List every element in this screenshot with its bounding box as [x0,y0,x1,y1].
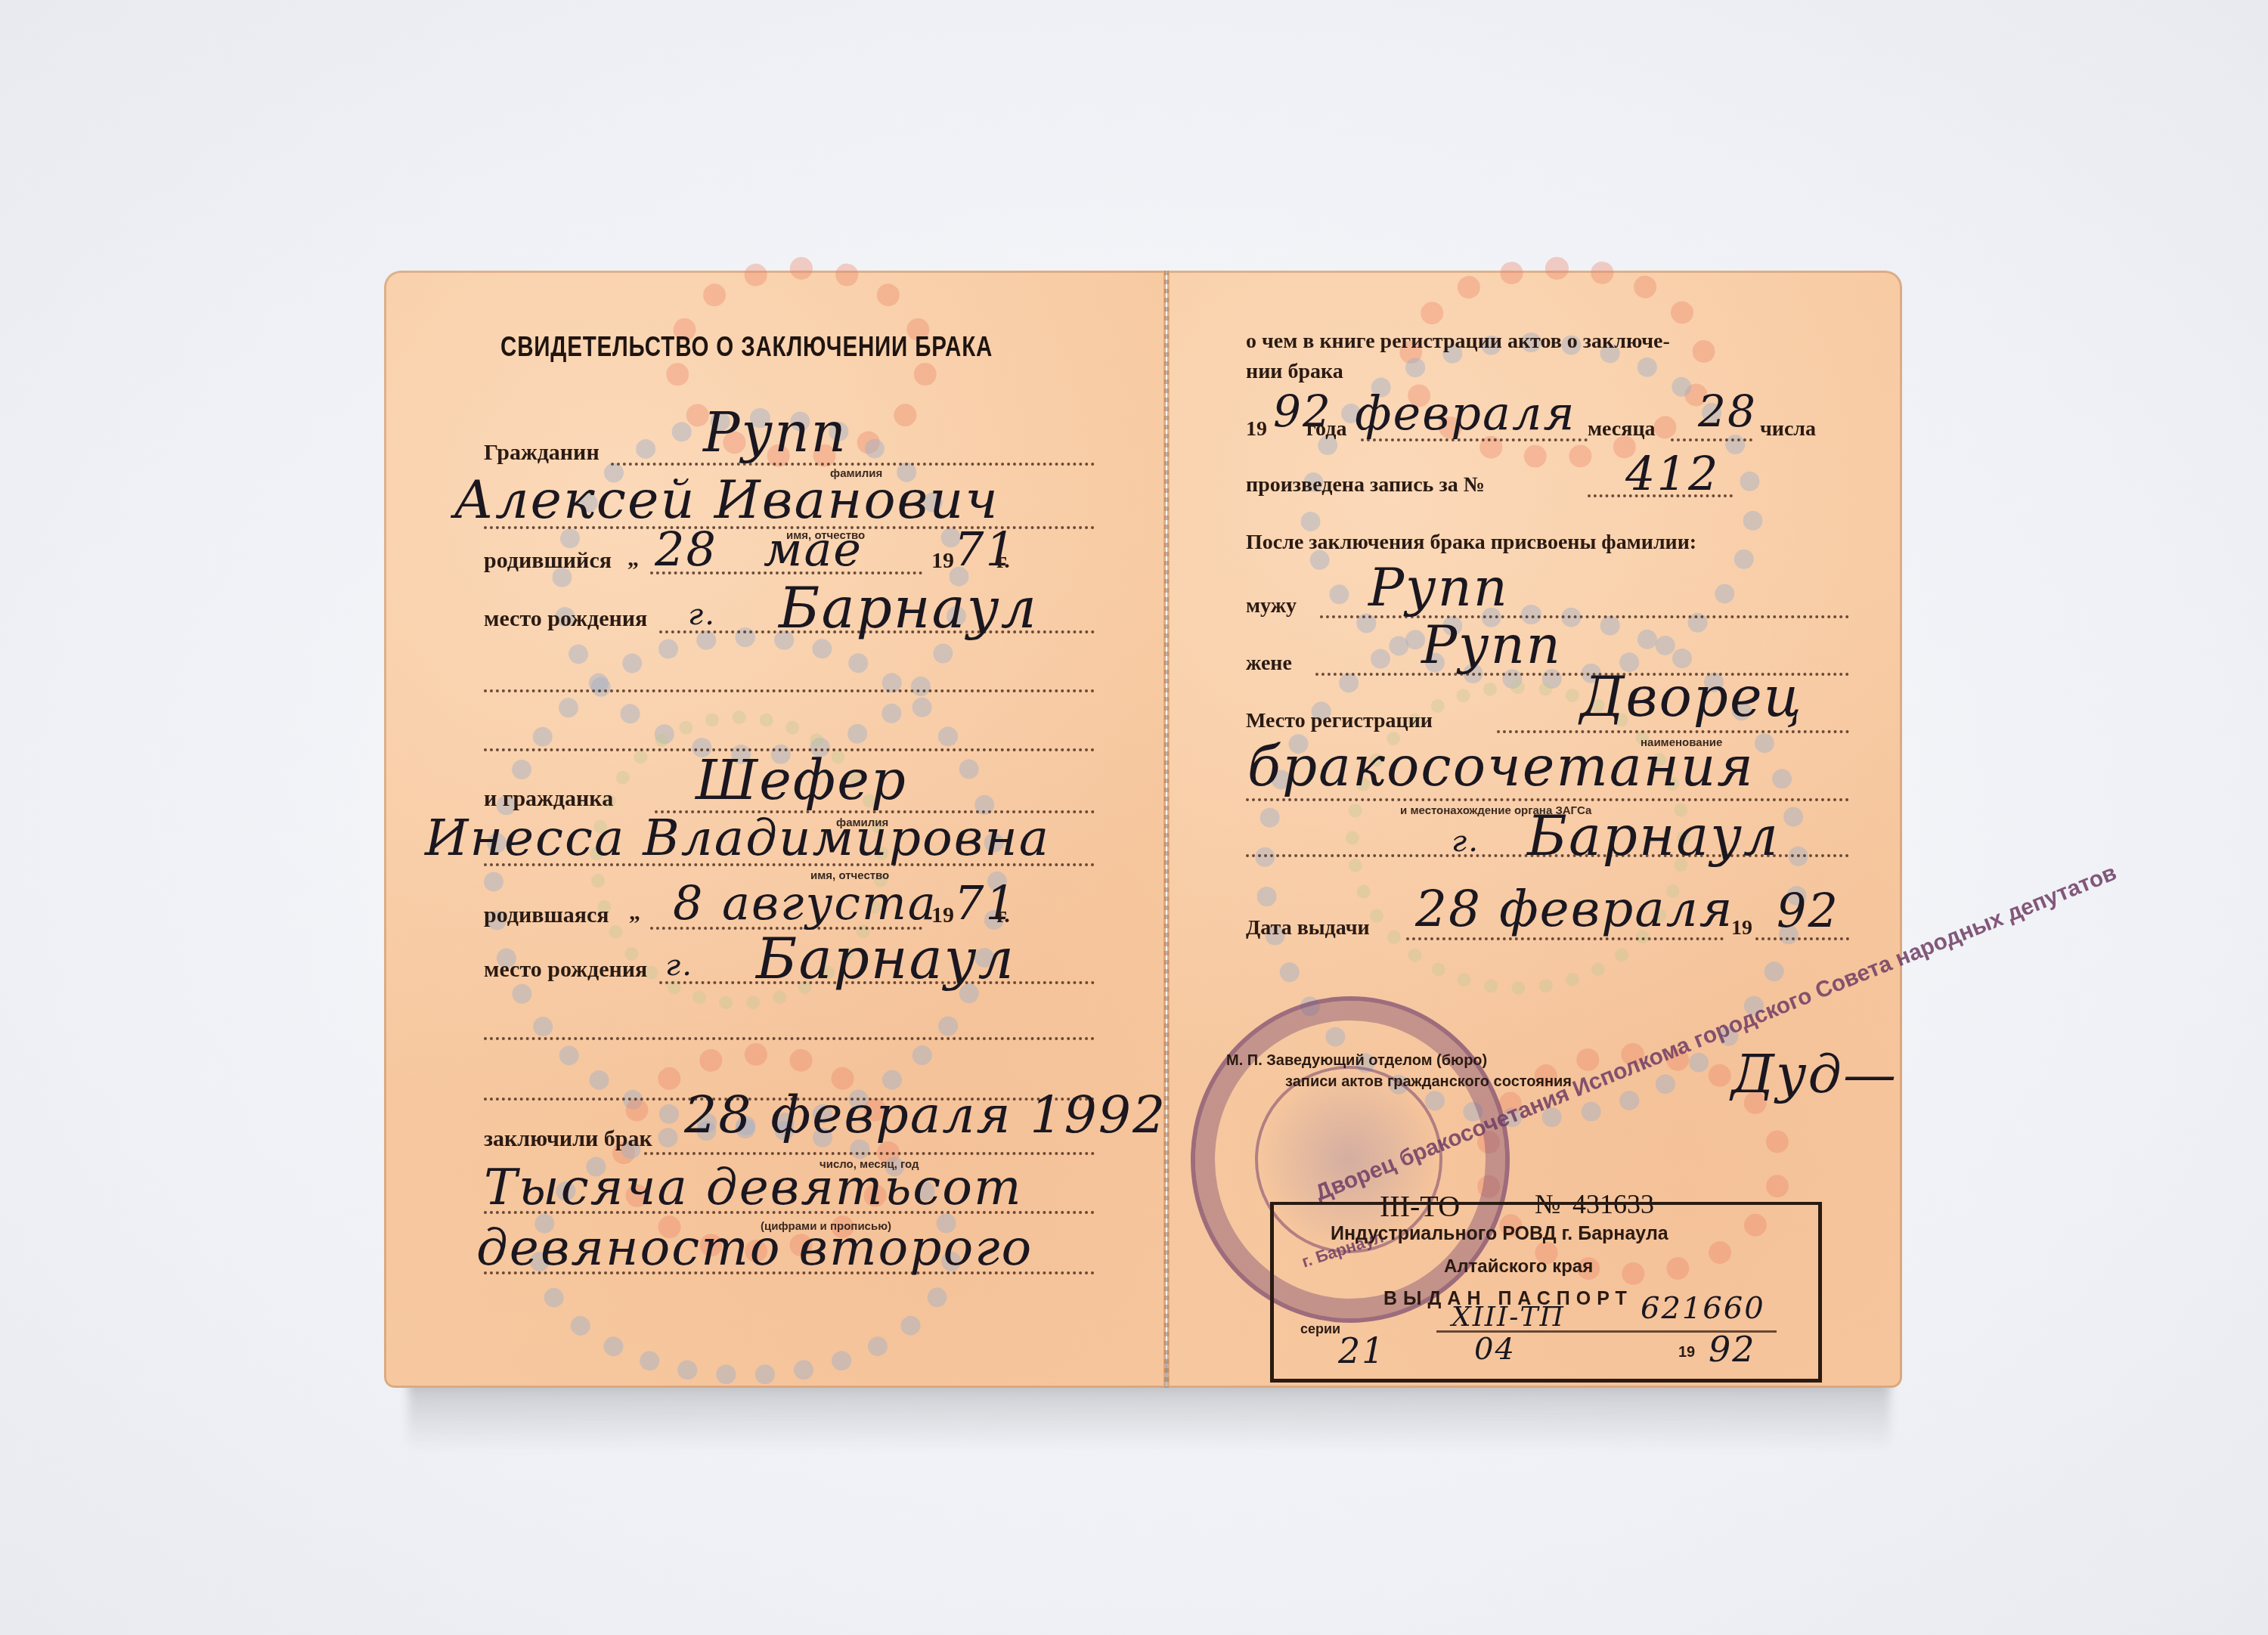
head-label-line1: М. П. Заведующий отделом (бюро) [1226,1052,1487,1070]
record-number-label: произведена запись за № [1246,473,1485,497]
reg-place-line1: Дворец [1580,665,1803,729]
wife-surname: Шефер [696,748,907,812]
dotted-line [484,1037,1095,1040]
passport-date-year-suffix: 92 [1709,1329,1756,1370]
record-day-label: числа [1760,417,1816,441]
marriage-date-words-line2: девяносто второго [476,1219,1033,1277]
page-fold [1164,271,1169,1388]
husband-birthplace: Барнаул [779,576,1038,641]
dotted-line [611,463,1095,466]
passport-date-month: 04 [1474,1332,1516,1367]
husband-name-patronymic: Алексей Иванович [454,469,999,531]
reg-place-label: Место регистрации [1246,709,1433,733]
dotted-line [1246,798,1849,801]
reg-place-line3: Барнаул [1527,804,1780,868]
marriage-date-digits: 28 февраля 1992 [684,1085,1167,1145]
record-day: 28 [1698,386,1757,437]
wife-born-month: августа [722,875,937,931]
marriage-label: заключили брак [484,1126,652,1152]
surnames-label: После заключения брака присвоены фамилии… [1246,531,1696,555]
record-month-label: месяца [1588,417,1656,441]
wife-label: и гражданка [484,786,613,812]
passport-date-year-prefix: 19 [1678,1344,1695,1361]
wife-new-surname: Рупп [1421,614,1562,676]
husband-new-surname: Рупп [1368,556,1509,618]
wife-birthplace: Барнаул [756,927,1015,992]
year-unit: г. [996,903,1010,928]
record-month: февраля [1355,386,1576,441]
head-signature: Дуд— [1731,1043,1898,1105]
open-quote: „ [627,546,639,571]
wife-birthplace-label: место рождения [484,957,647,983]
document-title: СВИДЕТЕЛЬСТВО О ЗАКЛЮЧЕНИИ БРАКА [500,331,993,363]
passport-stamp-line2: Алтайского края [1444,1256,1593,1277]
head-label-line2: записи актов гражданского состояния [1285,1073,1572,1091]
year-unit: г. [996,548,1010,574]
dotted-line [644,1152,1095,1155]
passport-date-day: 21 [1338,1330,1386,1371]
issue-year-suffix: 92 [1777,883,1839,938]
issue-date: 28 февраля [1415,880,1734,938]
passport-series: XIII-ТП [1452,1302,1565,1333]
open-quote: „ [629,900,640,925]
intro-line2: нии брака [1246,360,1343,384]
reg-place-line3-prefix: г. [1452,824,1479,859]
wife-born-label: родившаяся [484,903,609,928]
husband-birthplace-label: место рождения [484,606,647,632]
passport-stamp-line1: Индустриального РОВД г. Барнаула [1331,1223,1668,1245]
issue-year-prefix: 19 [1731,916,1752,940]
record-number: 412 [1625,446,1719,501]
wife-born-year-prefix: 19 [931,903,954,928]
intro-line1: о чем в книге регистрации актов о заключ… [1246,330,1670,354]
husband-surname-label: мужу [1246,594,1297,618]
wife-name-patronymic: Инесса Владимировна [425,809,1050,867]
passport-series-label: серии [1300,1321,1340,1337]
dotted-line [484,689,1095,692]
record-year-prefix: 19 [1246,417,1267,441]
wife-surname-label: жене [1246,652,1292,676]
wife-born-day: 8 [673,875,704,931]
husband-surname: Рупп [703,401,847,464]
record-year-label: года [1306,417,1346,441]
husband-born-month: мае [764,522,863,577]
birthplace-prefix: г. [665,948,693,983]
husband-born-day: 28 [655,522,717,577]
dotted-line [1497,730,1849,733]
dotted-line [1671,438,1752,441]
husband-born-label: родившийся [484,548,612,574]
marriage-date-words-line1: Тысяча девятьсот [484,1158,1023,1216]
birthplace-prefix: г. [688,597,716,632]
husband-label: Гражданин [484,440,600,466]
husband-born-year-prefix: 19 [931,548,954,574]
passport-number: 621660 [1641,1291,1765,1326]
reg-place-line2: бракосочетания [1247,735,1755,798]
issue-date-label: Дата выдачи [1246,916,1370,940]
